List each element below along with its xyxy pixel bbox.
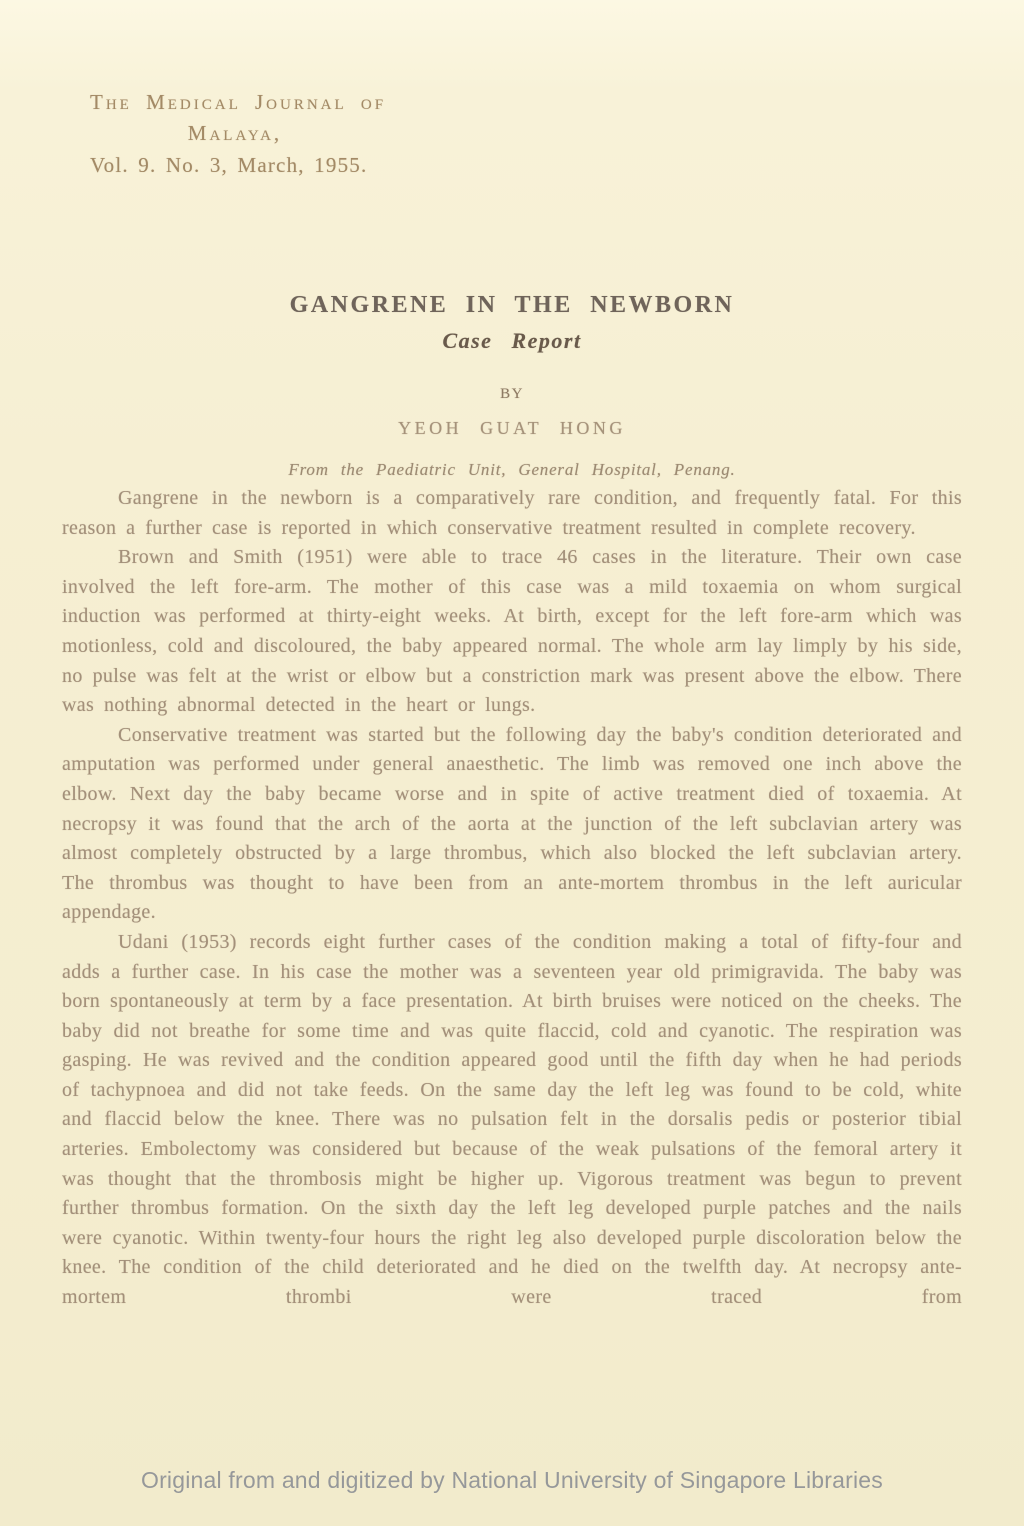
author-affiliation: From the Paediatric Unit, General Hospit… xyxy=(0,460,1024,480)
byline-label: BY xyxy=(0,386,1024,403)
article-body: Gangrene in the newborn is a comparative… xyxy=(62,484,962,1313)
article-subtitle: Case Report xyxy=(0,328,1024,354)
journal-name-continued: Malaya, xyxy=(90,121,380,146)
author-name: YEOH GUAT HONG xyxy=(0,418,1024,439)
body-paragraph-1: Gangrene in the newborn is a comparative… xyxy=(62,484,962,543)
journal-issue-info: Vol. 9. No. 3, March, 1955. xyxy=(90,153,390,178)
body-paragraph-3: Conservative treatment was started but t… xyxy=(62,721,962,928)
scanned-journal-page: The Medical Journal of Malaya, Vol. 9. N… xyxy=(0,0,1024,1526)
journal-name: The Medical Journal of xyxy=(90,90,390,115)
journal-masthead: The Medical Journal of Malaya, Vol. 9. N… xyxy=(90,90,390,178)
digitization-watermark: Original from and digitized by National … xyxy=(0,1467,1024,1494)
article-title: GANGRENE IN THE NEWBORN xyxy=(0,292,1024,319)
body-paragraph-2: Brown and Smith (1951) were able to trac… xyxy=(62,543,962,721)
body-paragraph-4: Udani (1953) records eight further cases… xyxy=(62,928,962,1313)
article-title-block: GANGRENE IN THE NEWBORN Case Report BY Y… xyxy=(0,292,1024,480)
